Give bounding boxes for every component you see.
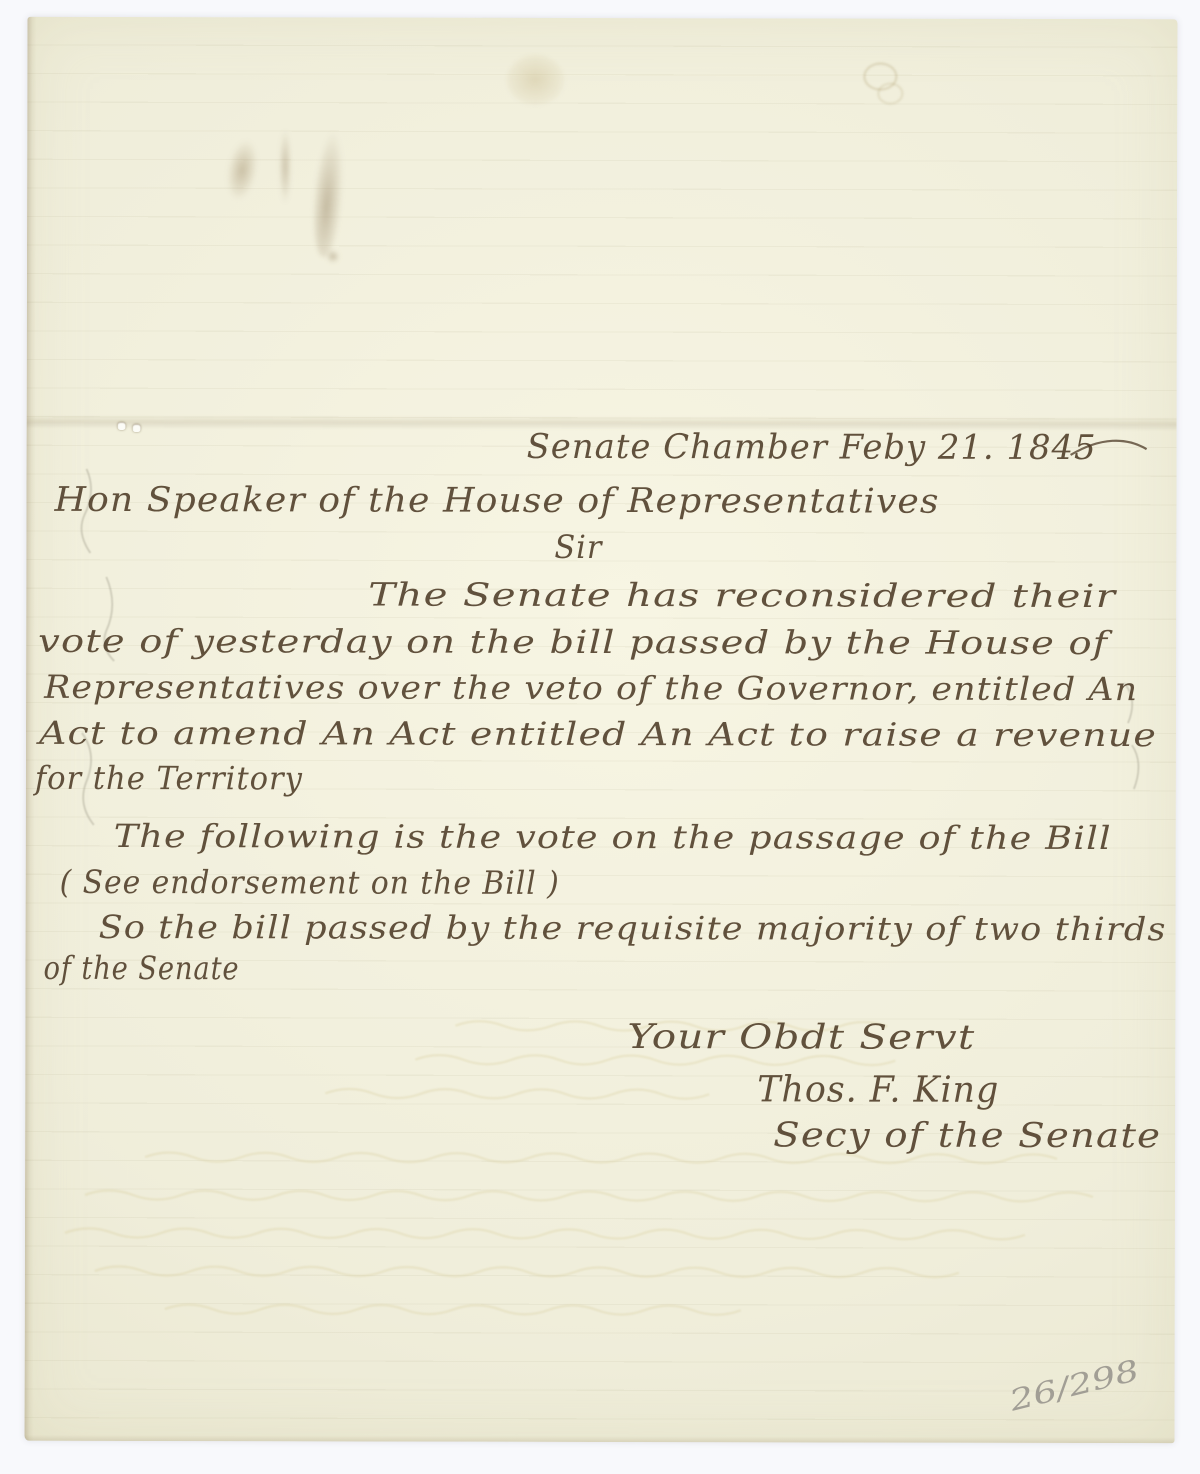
letter-text: Senate Chamber Feby 21. 1845 Hon Speaker…: [32, 426, 1167, 1156]
body-line: Representatives over the veto of the Gov…: [43, 668, 1138, 708]
body-line: ( See endorsement on the Bill ): [60, 863, 560, 902]
bleed-through-ghost-writing: [65, 1020, 1094, 1315]
salutation: Sir: [554, 528, 603, 566]
body-line: The following is the vote on the passage…: [114, 817, 1112, 857]
pencil-page-number: 26/298: [1005, 1353, 1143, 1418]
closing-line: Your Obdt Servt: [627, 1017, 975, 1058]
scanner-background: Senate Chamber Feby 21. 1845 Hon Speaker…: [0, 0, 1200, 1474]
letter-page: Senate Chamber Feby 21. 1845 Hon Speaker…: [25, 17, 1178, 1443]
dateline: Senate Chamber Feby 21. 1845: [527, 427, 1097, 468]
body-line: Act to amend An Act entitled An Act to r…: [35, 714, 1157, 754]
signature-title: Secy of the Senate: [773, 1115, 1161, 1156]
handwriting-layer: Senate Chamber Feby 21. 1845 Hon Speaker…: [25, 17, 1178, 1443]
body-line: of the Senate: [43, 949, 239, 987]
signature-name: Thos. F. King: [757, 1069, 999, 1111]
body-line: vote of yesterday on the bill passed by …: [38, 622, 1113, 662]
body-line: The Senate has reconsidered their: [368, 576, 1117, 616]
recipient-line: Hon Speaker of the House of Representati…: [53, 480, 939, 522]
body-line: So the bill passed by the requisite majo…: [99, 908, 1167, 948]
body-line: for the Territory: [33, 759, 303, 798]
